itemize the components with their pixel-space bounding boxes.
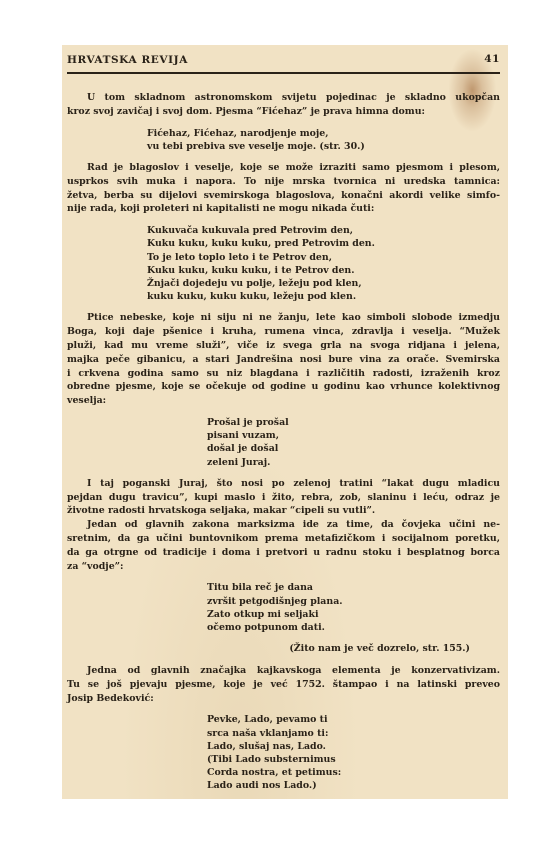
verse-line: (Tibi Lado substernimus	[207, 753, 500, 766]
text-line: žetva, berba su dijelovi svemirskoga bla…	[67, 189, 500, 203]
paragraph: I taj poganski Juraj, što nosi po zeleno…	[67, 477, 500, 518]
verse-block: Pevke, Lado, pevamo tisrca naša vklanjam…	[67, 713, 500, 792]
verse-line: zvršit petgodišnjeg plana.	[207, 595, 500, 608]
text-line: životne radosti hrvatskoga seljaka, maka…	[67, 504, 500, 518]
text-line: pluži, kad mu vreme služi”, viče iz sveg…	[67, 339, 500, 353]
text-line: U tom skladnom astronomskom svijetu poje…	[67, 91, 500, 105]
paragraph: Rad je blagoslov i veselje, koje se može…	[67, 161, 500, 216]
verse-line: Fićehaz, Fićehaz, narodjenje moje,	[147, 127, 500, 140]
text-line: Rad je blagoslov i veselje, koje se može…	[67, 161, 500, 175]
text-line: Jedan od glavnih zakona marksizma ide za…	[67, 518, 500, 532]
verse-line: zeleni Juraj.	[207, 456, 500, 469]
verse-line: Corda nostra, et petimus:	[207, 766, 500, 779]
verse-line: Zato otkup mi seljaki	[207, 608, 500, 621]
text-line: Boga, koji daje pšenice i kruha, rumena …	[67, 325, 500, 339]
text-line: kroz svoj zavičaj i svoj dom. Pjesma “Fi…	[67, 105, 500, 119]
verse-line: Titu bila reč je dana	[207, 581, 500, 594]
scanned-page: HRVATSKA REVIJA 41 U tom skladnom astron…	[62, 45, 508, 799]
text-line: obredne pjesme, koje se očekuje od godin…	[67, 380, 500, 394]
verse-line: Kuku kuku, kuku kuku, pred Petrovim den.	[147, 237, 500, 250]
paragraph: Jedan od glavnih zakona marksizma ide za…	[67, 518, 500, 573]
page-number: 41	[484, 53, 500, 65]
verse-line: Pevke, Lado, pevamo ti	[207, 713, 500, 726]
verse-line: Lado, slušaj nas, Lado.	[207, 740, 500, 753]
paragraph: U tom skladnom astronomskom svijetu poje…	[67, 91, 500, 119]
text-line: usprkos svih muka i napora. To nije mrsk…	[67, 175, 500, 189]
text-line: i crkvena godina samo su niz blagdana i …	[67, 367, 500, 381]
running-header: HRVATSKA REVIJA 41	[67, 51, 500, 69]
text-line: sretnim, da ga učini buntovnikom prema m…	[67, 532, 500, 546]
text-line: nije rada, koji proleteri ni kapitalisti…	[67, 202, 500, 216]
verse-line: Kuku kuku, kuku kuku, i te Petrov den.	[147, 264, 500, 277]
verse-line: Kukuvača kukuvala pred Petrovim den,	[147, 224, 500, 237]
page-body: U tom skladnom astronomskom svijetu poje…	[67, 91, 500, 801]
verse-line: kuku kuku, kuku kuku, ležeju pod klen.	[147, 290, 500, 303]
verse-line: pisani vuzam,	[207, 429, 500, 442]
paragraph: Ptice nebeske, koje ni siju ni ne žanju,…	[67, 311, 500, 408]
text-line: da ga otrgne od tradicije i doma i pretv…	[67, 546, 500, 560]
verse-line: došal je došal	[207, 442, 500, 455]
verse-line: To je leto toplo leto i te Petrov den,	[147, 251, 500, 264]
verse-block: Fićehaz, Fićehaz, narodjenje moje,vu teb…	[67, 127, 500, 153]
text-line: majka peče gibanicu, a stari Jandrešina …	[67, 353, 500, 367]
text-line: za “vodje”:	[67, 560, 500, 574]
text-line: pejdan dugu travicu”, kupi maslo i žito,…	[67, 491, 500, 505]
text-line: Ptice nebeske, koje ni siju ni ne žanju,…	[67, 311, 500, 325]
paragraph: Jedna od glavnih značajka kajkavskoga el…	[67, 664, 500, 705]
verse-block: Titu bila reč je danazvršit petgodišnjeg…	[67, 581, 500, 634]
text-line: veselja:	[67, 394, 500, 408]
citation: (Žito nam je več dozrelo, str. 155.)	[67, 642, 500, 656]
verse-line: Žnjači dojedeju vu polje, ležeju pod kle…	[147, 277, 500, 290]
verse-line: očemo potpunom dati.	[207, 621, 500, 634]
text-line: I taj poganski Juraj, što nosi po zeleno…	[67, 477, 500, 491]
text-line: Josip Bedeković:	[67, 692, 500, 706]
verse-block: Kukuvača kukuvala pred Petrovim den,Kuku…	[67, 224, 500, 303]
verse-line: Lado audi nos Lado.)	[207, 779, 500, 792]
journal-title: HRVATSKA REVIJA	[67, 54, 188, 66]
verse-line: srca naša vklanjamo ti:	[207, 727, 500, 740]
verse-line: Prošal je prošal	[207, 416, 500, 429]
verse-line: vu tebi prebiva sve veselje moje. (str. …	[147, 140, 500, 153]
text-line: Jedna od glavnih značajka kajkavskoga el…	[67, 664, 500, 678]
verse-block: Prošal je prošalpisani vuzam,došal je do…	[67, 416, 500, 469]
header-rule	[67, 72, 500, 74]
text-line: Tu se još pjevaju pjesme, koje je već 17…	[67, 678, 500, 692]
